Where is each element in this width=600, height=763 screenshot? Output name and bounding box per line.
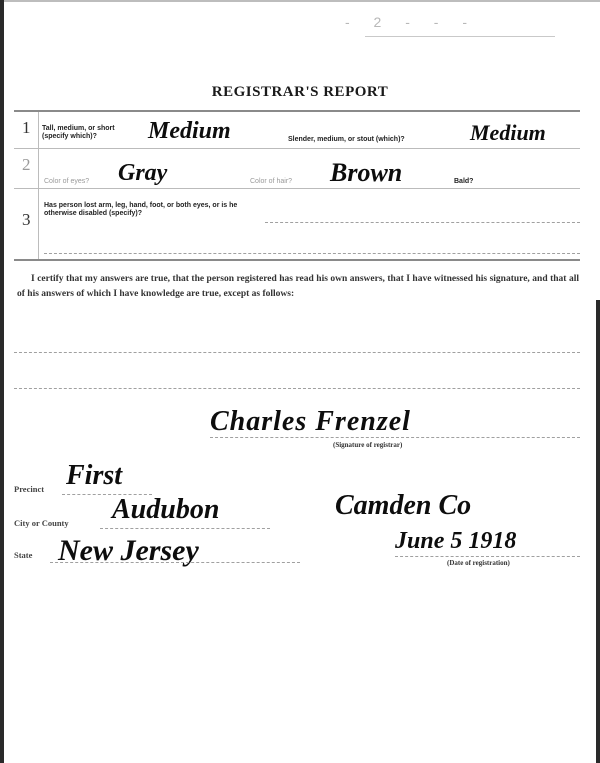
table-top-rule (14, 110, 580, 112)
registration-date: June 5 1918 (395, 528, 516, 555)
question-3-label-a: Has person lost arm, leg, hand, foot, or… (44, 202, 269, 218)
question-2-label-b: Color of hair? (250, 178, 292, 186)
page-right-edge (596, 300, 600, 763)
exceptions-line-1 (14, 352, 580, 353)
stamp-line (365, 36, 555, 37)
city-value: Audubon (112, 494, 219, 526)
signature-caption: (Signature of registrar) (333, 441, 402, 449)
question-2-answer-b: Brown (330, 158, 402, 188)
question-1-answer-b: Medium (470, 120, 546, 146)
row-divider-2 (14, 188, 580, 189)
state-label: State (14, 550, 32, 560)
page-top-edge (0, 0, 600, 2)
city-county-line (100, 528, 270, 529)
date-line (395, 556, 580, 557)
precinct-label: Precinct (14, 484, 44, 494)
state-line (50, 562, 300, 563)
signature-line (210, 437, 580, 438)
question-1-answer-a: Medium (148, 118, 231, 145)
question-1-label-a: Tall, medium, or short (specify which)? (42, 125, 130, 141)
city-county-label: City or County (14, 518, 69, 528)
number-column-rule (38, 112, 39, 259)
question-2-label-c: Bald? (454, 178, 473, 186)
exceptions-line-2 (14, 388, 580, 389)
certification-text: I certify that my answers are true, that… (17, 272, 579, 302)
question-number-2: 2 (22, 155, 31, 175)
date-caption: (Date of registration) (447, 559, 510, 567)
stamp-text: - 2 - - - (345, 14, 477, 30)
faded-stamp: - 2 - - - (345, 14, 590, 52)
question-3-answer-line-2 (44, 253, 580, 254)
page-left-edge (0, 0, 4, 763)
question-2-label-a: Color of eyes? (44, 178, 89, 186)
question-number-1: 1 (22, 118, 31, 138)
county-value: Camden Co (335, 490, 471, 522)
question-2-answer-a: Gray (118, 160, 167, 187)
question-1-label-b: Slender, medium, or stout (which)? (288, 136, 405, 144)
registrar-signature: Charles Frenzel (210, 406, 411, 438)
table-bottom-rule (14, 259, 580, 261)
precinct-value: First (66, 460, 122, 492)
question-number-3: 3 (22, 210, 31, 230)
page-title: REGISTRAR'S REPORT (0, 84, 600, 101)
row-divider-1 (14, 148, 580, 149)
question-3-answer-line-1 (265, 222, 580, 223)
